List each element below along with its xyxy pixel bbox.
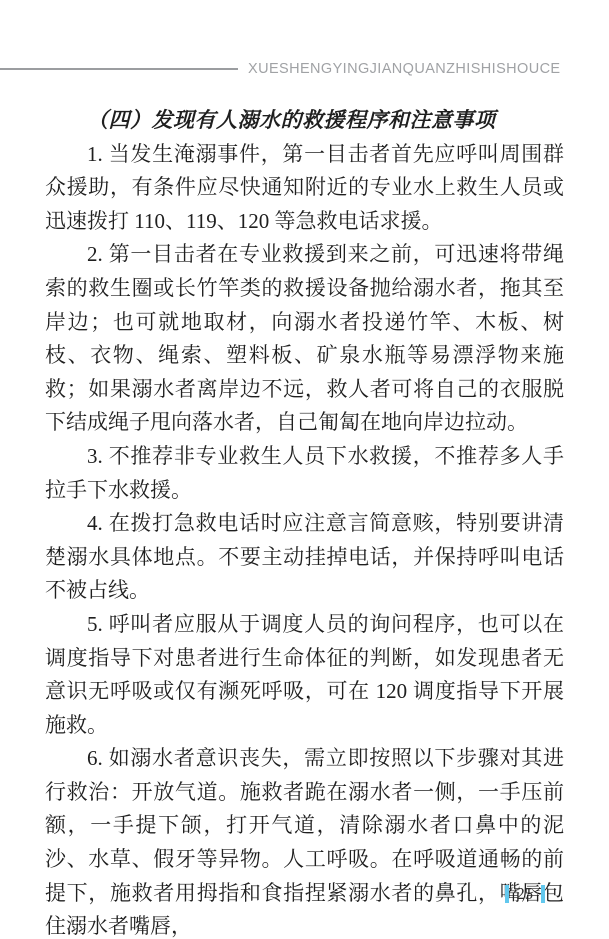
section-title: （四）发现有人溺水的救援程序和注意事项 [45, 104, 564, 138]
paragraph-3: 3. 不推荐非专业救生人员下水救援，不推荐多人手拉手下水救援。 [45, 440, 564, 507]
paragraph-6: 6. 如溺水者意识丧失，需立即按照以下步骤对其进行救治：开放气道。施救者跪在溺水… [45, 742, 564, 939]
page-number-bar-right [541, 885, 545, 903]
page-content: （四）发现有人溺水的救援程序和注意事项 1. 当发生淹溺事件，第一目击者首先应呼… [45, 104, 564, 939]
paragraph-1: 1. 当发生淹溺事件，第一目击者首先应呼叫周围群众援助，有条件应尽快通知附近的专… [45, 138, 564, 239]
paragraph-4: 4. 在拨打急救电话时应注意言简意赅，特别要讲清楚溺水具体地点。不要主动挂掉电话… [45, 507, 564, 608]
page-footer: 25 [0, 885, 545, 903]
handbook-page: XUESHENGYINGJIANQUANZHISHISHOUCE （四）发现有人… [0, 0, 609, 939]
running-title: XUESHENGYINGJIANQUANZHISHISHOUCE [248, 61, 561, 77]
header-rule [0, 68, 238, 70]
paragraph-2: 2. 第一目击者在专业救援到来之前，可迅速将带绳索的救生圈或长竹竿类的救援设备抛… [45, 238, 564, 440]
paragraph-5: 5. 呼叫者应服从于调度人员的询问程序，也可以在调度指导下对患者进行生命体征的判… [45, 608, 564, 742]
page-header: XUESHENGYINGJIANQUANZHISHISHOUCE [0, 0, 609, 90]
page-number-bar-left [505, 885, 509, 903]
page-number: 25 [517, 885, 534, 903]
